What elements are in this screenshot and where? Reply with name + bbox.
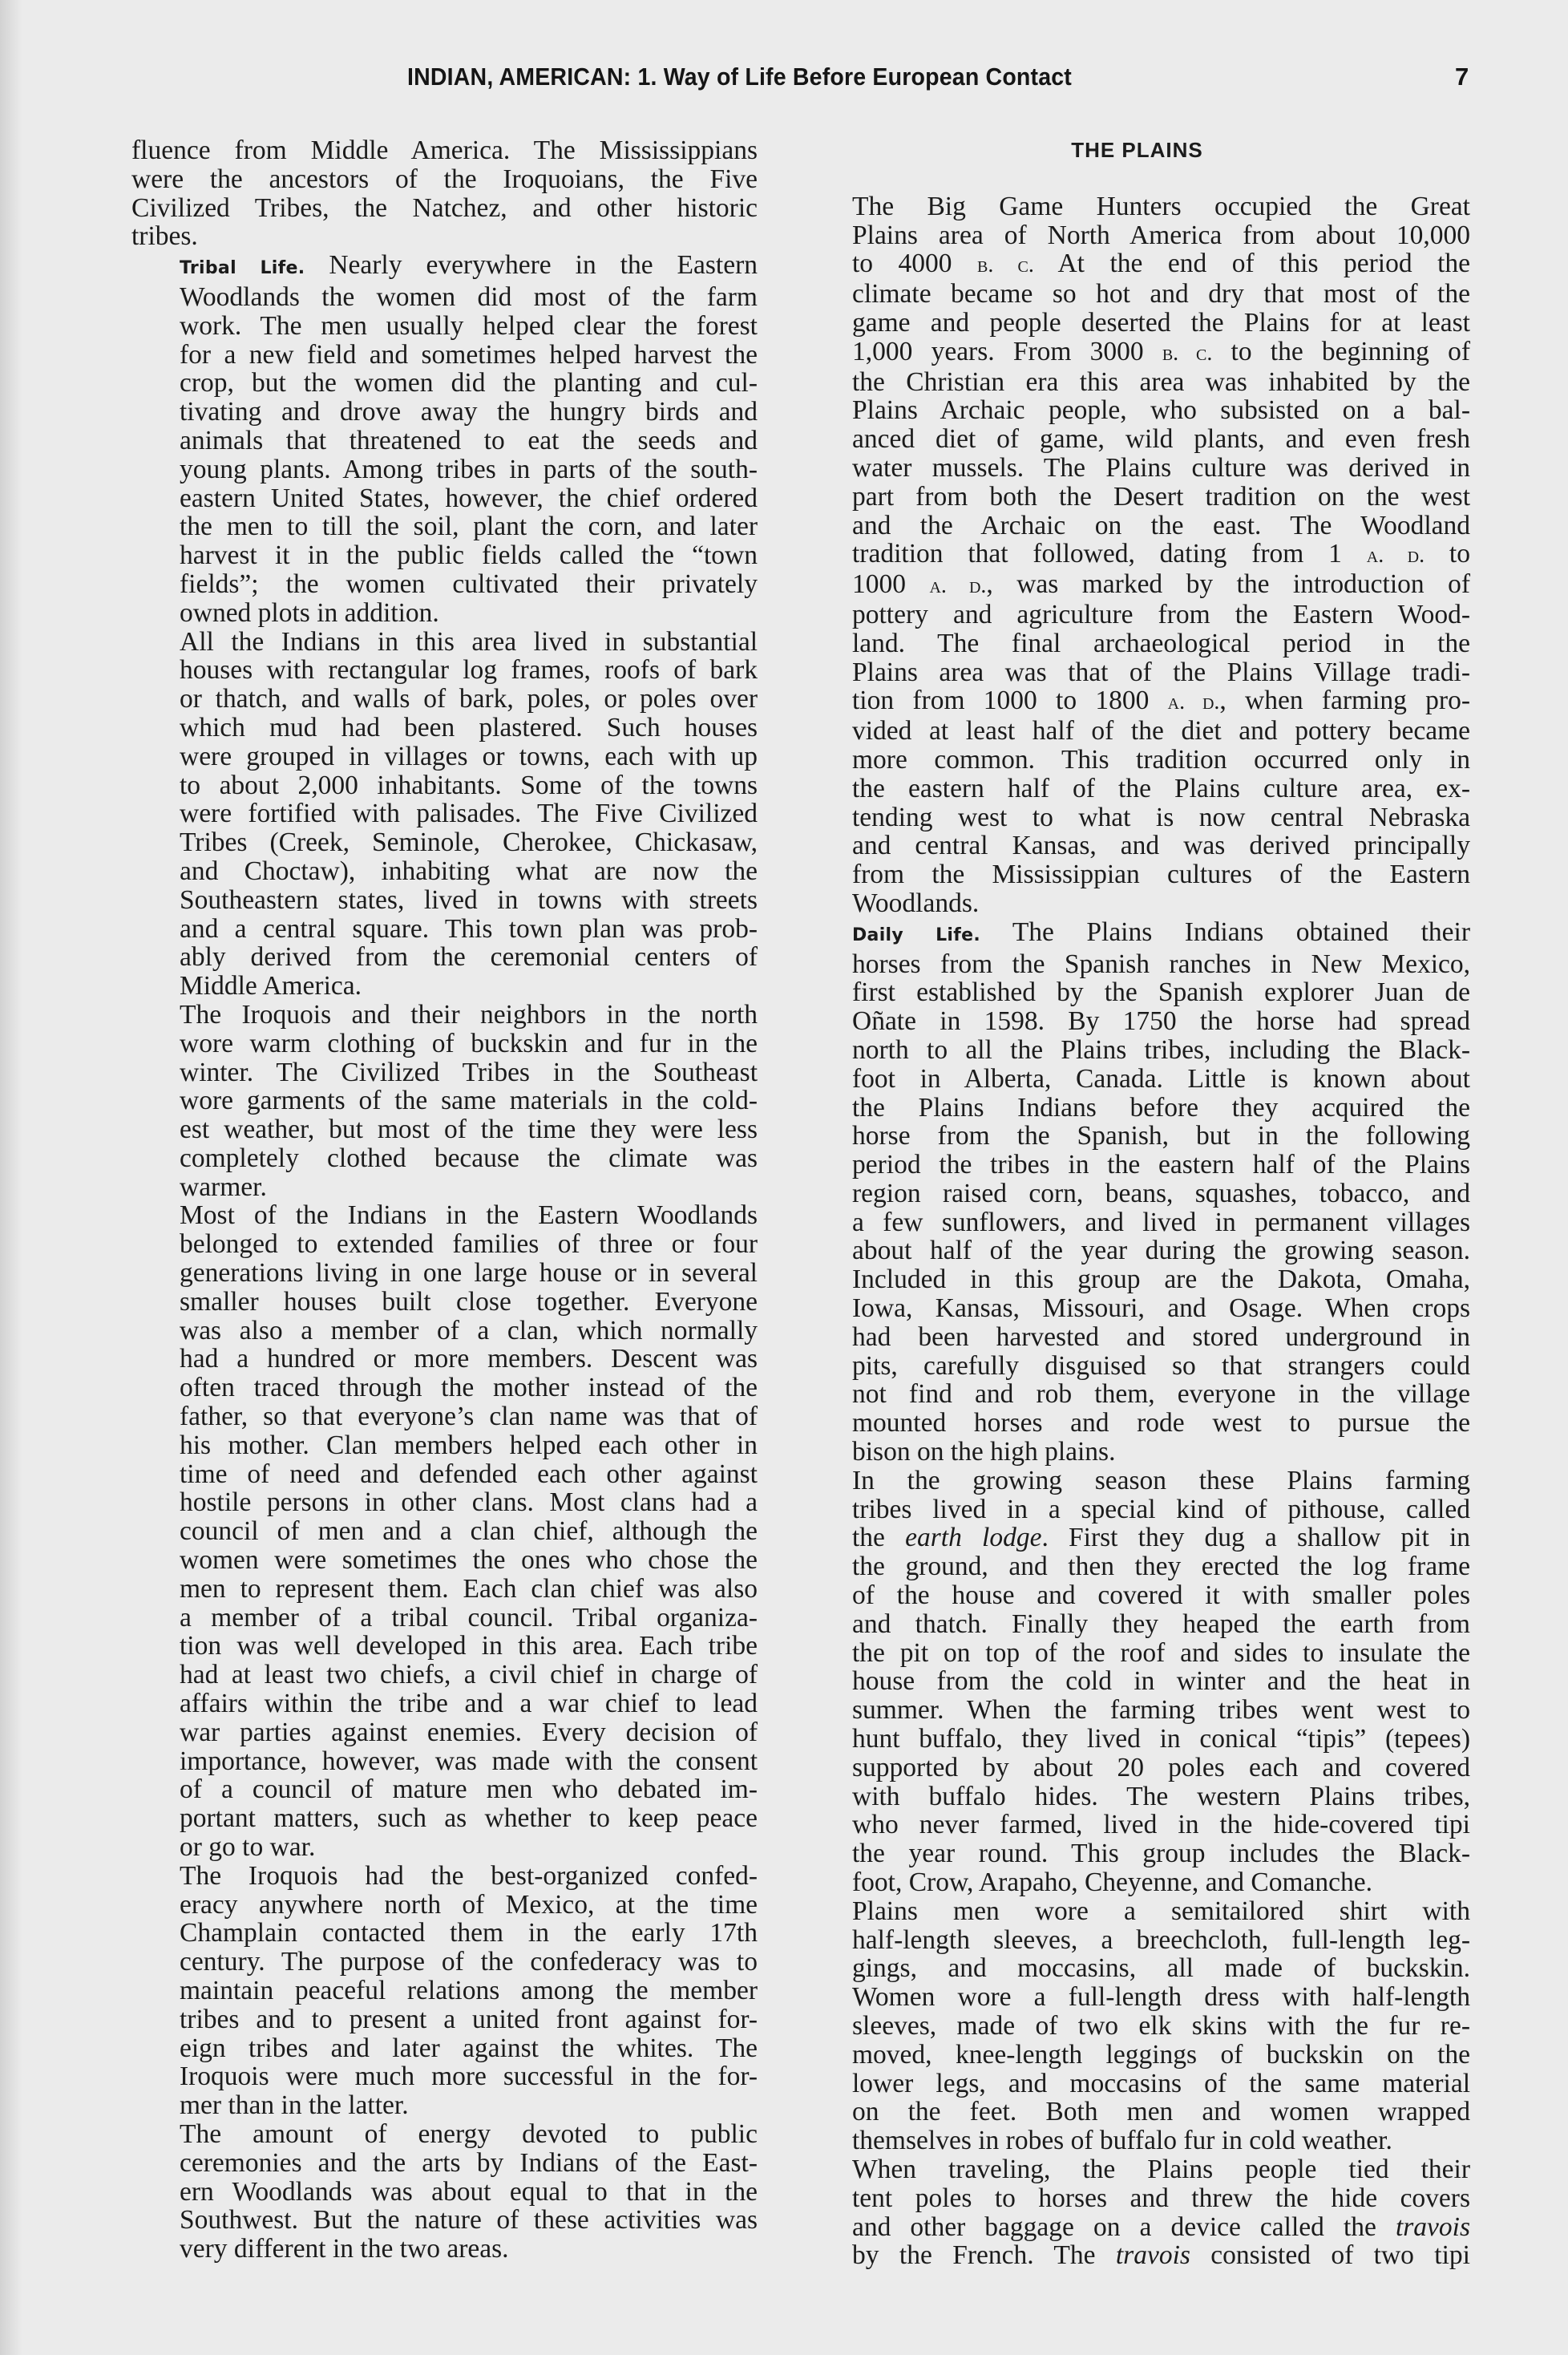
text-line: wore warm clothing of buckskin and fur i… (131, 1030, 758, 1058)
text-line: and other baggage on a device called the… (804, 2213, 1470, 2242)
paragraph: Most of the Indians in the Eastern Woodl… (131, 1201, 758, 1861)
text-line: owned plots in addition. (131, 599, 758, 628)
text-line: affairs within the tribe and a war chief… (131, 1689, 758, 1718)
paragraph: All the Indians in this area lived in su… (131, 628, 758, 1001)
text-line: wore garments of the same materials in t… (131, 1086, 758, 1115)
text-line: 1,000 years. From 3000 b. c. to the begi… (804, 338, 1470, 368)
text-line: the year round. This group includes the … (804, 1839, 1470, 1868)
text-line: lower legs, and moccasins of the same ma… (804, 2070, 1470, 2098)
text-line: was also a member of a clan, which norma… (131, 1317, 758, 1345)
text-line: first established by the Spanish explore… (804, 978, 1470, 1007)
running-title: INDIAN, AMERICAN: 1. Way of Life Before … (407, 63, 1072, 91)
text-line: horse from the Spanish, but in the follo… (804, 1122, 1470, 1151)
text-line: not find and rob them, everyone in the v… (804, 1380, 1470, 1409)
text-line: tradition that followed, dating from 1 a… (804, 540, 1470, 570)
text-line: horses from the Spanish ranches in New M… (804, 950, 1470, 979)
text-line: est weather, but most of the time they w… (131, 1115, 758, 1144)
text-line: Middle America. (131, 972, 758, 1001)
run-in-heading: Daily Life. (852, 925, 980, 945)
italic-term: earth lodge (905, 1523, 1041, 1552)
text-line: Daily Life. The Plains Indians obtained … (804, 918, 1470, 950)
text-line: ern Woodlands was about equal to that in… (131, 2178, 758, 2207)
era-abbreviation: a. d. (1367, 543, 1425, 568)
right-column: THE PLAINS The Big Game Hunters occupied… (804, 136, 1470, 2270)
text-line: importance, however, was made with the c… (131, 1747, 758, 1776)
text-line: Plains Archaic people, who subsisted on … (804, 396, 1470, 425)
left-column: fluence from Middle America. The Mississ… (131, 136, 758, 2264)
text-line: houses with rectangular log frames, roof… (131, 656, 758, 685)
text-line: Oñate in 1598. By 1750 the horse had spr… (804, 1007, 1470, 1036)
text-line: 1000 a. d., was marked by the introducti… (804, 570, 1470, 601)
text-line: were grouped in villages or towns, each … (131, 743, 758, 771)
text-line: Southeastern states, lived in towns with… (131, 886, 758, 915)
text-line: generations living in one large house or… (131, 1259, 758, 1288)
text-line: to about 2,000 inhabitants. Some of the … (131, 771, 758, 800)
text-line: north to all the Plains tribes, includin… (804, 1036, 1470, 1065)
text-line: hunt buffalo, they lived in conical “tip… (804, 1725, 1470, 1754)
text-line: fields”; the women cultivated their priv… (131, 570, 758, 599)
text-line: animals that threatened to eat the seeds… (131, 427, 758, 455)
text-line: Iowa, Kansas, Missouri, and Osage. When … (804, 1294, 1470, 1323)
text-line: fluence from Middle America. The Mississ… (131, 136, 758, 165)
text-line: a member of a tribal council. Tribal org… (131, 1604, 758, 1633)
text-line: and a central square. This town plan was… (131, 915, 758, 944)
text-line: Women wore a full-length dress with half… (804, 1983, 1470, 2012)
text-line: of a council of mature men who debated i… (131, 1775, 758, 1804)
section-heading-the-plains: THE PLAINS (804, 136, 1470, 165)
era-abbreviation: a. d. (1168, 690, 1220, 714)
italic-term: travois (1396, 2212, 1470, 2242)
text-line: very different in the two areas. (131, 2235, 758, 2264)
text-line: eracy anywhere north of Mexico, at the t… (131, 1891, 758, 1920)
era-abbreviation: b. c. (1162, 341, 1213, 366)
paragraph: The Iroquois and their neighbors in the … (131, 1001, 758, 1202)
text-line: moved, knee-length leggings of buckskin … (804, 2041, 1470, 2070)
text-line: vided at least half of the diet and pott… (804, 717, 1470, 746)
text-line: foot in Alberta, Canada. Little is known… (804, 1065, 1470, 1094)
text-line: women were sometimes the ones who chose … (131, 1546, 758, 1575)
text-line: the Plains Indians before they acquired … (804, 1094, 1470, 1123)
text-line: tent poles to horses and threw the hide … (804, 2184, 1470, 2213)
paragraph: The Iroquois had the best-organized conf… (131, 1862, 758, 2120)
text-line: time of need and defended each other aga… (131, 1460, 758, 1489)
run-in-heading: Tribal Life. (180, 258, 305, 278)
text-line: Plains men wore a semitailored shirt wit… (804, 1897, 1470, 1926)
paragraph: Plains men wore a semitailored shirt wit… (804, 1897, 1470, 2155)
text-line: the men to till the soil, plant the corn… (131, 512, 758, 541)
text-line: father, so that everyone’s clan name was… (131, 1402, 758, 1431)
text-line: portant matters, such as whether to keep… (131, 1804, 758, 1833)
text-line: war parties against enemies. Every decis… (131, 1718, 758, 1747)
text-line: In the growing season these Plains farmi… (804, 1467, 1470, 1495)
text-line: had at least two chiefs, a civil chief i… (131, 1661, 758, 1689)
paragraph: In the growing season these Plains farmi… (804, 1467, 1470, 1897)
text-line: ably derived from the ceremonial centers… (131, 943, 758, 972)
text-line: mer than in the latter. (131, 2091, 758, 2120)
text-line: work. The men usually helped clear the f… (131, 312, 758, 341)
text-line: tribes lived in a special kind of pithou… (804, 1495, 1470, 1524)
text-line: a few sunflowers, and lived in permanent… (804, 1208, 1470, 1237)
text-line: When traveling, the Plains people tied t… (804, 2155, 1470, 2184)
page-number: 7 (1455, 63, 1469, 91)
text-line: house from the cold in winter and the he… (804, 1667, 1470, 1696)
text-line: of the house and covered it with smaller… (804, 1581, 1470, 1610)
text-line: Southwest. But the nature of these activ… (131, 2206, 758, 2235)
text-line: were the ancestors of the Iroquoians, th… (131, 165, 758, 194)
text-line: pottery and agriculture from the Eastern… (804, 601, 1470, 629)
paragraph: When traveling, the Plains people tied t… (804, 2155, 1470, 2270)
text-line: mounted horses and rode west to pursue t… (804, 1409, 1470, 1438)
italic-term: travois (1116, 2240, 1190, 2270)
text-line: crop, but the women did the planting and… (131, 369, 758, 398)
text-line: harvest it in the public fields called t… (131, 541, 758, 570)
text-line: which mud had been plastered. Such house… (131, 714, 758, 743)
text-line: The Iroquois had the best-organized conf… (131, 1862, 758, 1891)
text-line: Civilized Tribes, the Natchez, and other… (131, 194, 758, 223)
text-line: tribes and to present a united front aga… (131, 2005, 758, 2034)
text-line: region raised corn, beans, squashes, tob… (804, 1180, 1470, 1208)
text-line: Tribal Life. Nearly everywhere in the Ea… (131, 251, 758, 283)
text-line: maintain peaceful relations among the me… (131, 1977, 758, 2005)
text-line: the eastern half of the Plains culture a… (804, 775, 1470, 803)
text-line: half-length sleeves, a breechcloth, full… (804, 1926, 1470, 1955)
text-line: to 4000 b. c. At the end of this period … (804, 249, 1470, 280)
text-line: climate became so hot and dry that most … (804, 280, 1470, 309)
text-line: Iroquois were much more successful in th… (131, 2062, 758, 2091)
text-line: the earth lodge. First they dug a shallo… (804, 1523, 1470, 1552)
text-line: sleeves, made of two elk skins with the … (804, 2012, 1470, 2041)
text-line: eign tribes and later against the whites… (131, 2034, 758, 2063)
paragraph: Daily Life. The Plains Indians obtained … (804, 918, 1470, 1467)
text-line: young plants. Among tribes in parts of t… (131, 455, 758, 484)
text-line: were fortified with palisades. The Five … (131, 799, 758, 828)
text-line: smaller houses built close together. Eve… (131, 1288, 758, 1317)
text-line: or go to war. (131, 1833, 758, 1862)
text-line: game and people deserted the Plains for … (804, 309, 1470, 338)
text-line: tion from 1000 to 1800 a. d., when farmi… (804, 686, 1470, 717)
text-line: the ground, and then they erected the lo… (804, 1552, 1470, 1581)
text-line: tion was well developed in this area. Ea… (131, 1632, 758, 1661)
paragraph: The amount of energy devoted to publicce… (131, 2120, 758, 2264)
text-line: winter. The Civilized Tribes in the Sout… (131, 1058, 758, 1087)
paragraph: Tribal Life. Nearly everywhere in the Ea… (131, 251, 758, 627)
text-line: had a hundred or more members. Descent w… (131, 1345, 758, 1374)
text-line: who never farmed, lived in the hide-cove… (804, 1811, 1470, 1839)
text-line: and thatch. Finally they heaped the eart… (804, 1610, 1470, 1639)
text-line: and Choctaw), inhabiting what are now th… (131, 857, 758, 886)
paragraph: The Big Game Hunters occupied the GreatP… (804, 192, 1470, 918)
text-line: and central Kansas, and was derived prin… (804, 832, 1470, 860)
text-line: warmer. (131, 1173, 758, 1202)
text-line: The Big Game Hunters occupied the Great (804, 192, 1470, 221)
text-line: from the Mississippian cultures of the E… (804, 860, 1470, 889)
text-line: tending west to what is now central Nebr… (804, 803, 1470, 832)
text-line: The amount of energy devoted to public (131, 2120, 758, 2149)
text-line: tribes. (131, 222, 758, 251)
text-line: Woodlands. (804, 889, 1470, 918)
text-line: ceremonies and the arts by Indians of th… (131, 2149, 758, 2178)
text-line: summer. When the farming tribes went wes… (804, 1696, 1470, 1725)
text-line: about half of the year during the growin… (804, 1236, 1470, 1265)
text-line: for a new field and sometimes helped har… (131, 341, 758, 370)
era-abbreviation: b. c. (977, 253, 1034, 277)
text-line: foot, Crow, Arapaho, Cheyenne, and Coman… (804, 1868, 1470, 1897)
era-abbreviation: a. d. (929, 573, 986, 598)
text-line: on the feet. Both men and women wrapped (804, 2098, 1470, 2126)
text-line: part from both the Desert tradition on t… (804, 483, 1470, 512)
text-line: eastern United States, however, the chie… (131, 484, 758, 513)
text-line: Plains area was that of the Plains Villa… (804, 658, 1470, 687)
text-line: supported by about 20 poles each and cov… (804, 1754, 1470, 1782)
text-line: hostile persons in other clans. Most cla… (131, 1488, 758, 1517)
text-line: the Christian era this area was inhabite… (804, 368, 1470, 397)
text-line: completely clothed because the climate w… (131, 1144, 758, 1173)
text-line: anced diet of game, wild plants, and eve… (804, 425, 1470, 454)
text-line: council of men and a clan chief, althoug… (131, 1517, 758, 1546)
text-line: belonged to extended families of three o… (131, 1230, 758, 1259)
text-line: often traced through the mother instead … (131, 1374, 758, 1402)
text-line: water mussels. The Plains culture was de… (804, 454, 1470, 483)
text-line: had been harvested and stored undergroun… (804, 1323, 1470, 1352)
text-line: more common. This tradition occurred onl… (804, 746, 1470, 775)
text-line: pits, carefully disguised so that strang… (804, 1352, 1470, 1381)
text-line: or thatch, and walls of bark, poles, or … (131, 685, 758, 714)
text-line: Woodlands the women did most of the farm (131, 283, 758, 312)
text-line: and the Archaic on the east. The Woodlan… (804, 512, 1470, 540)
text-line: century. The purpose of the confederacy … (131, 1948, 758, 1977)
text-line: tivating and drove away the hungry birds… (131, 398, 758, 427)
text-line: Champlain contacted them in the early 17… (131, 1919, 758, 1948)
text-line: men to represent them. Each clan chief w… (131, 1575, 758, 1604)
text-line: Plains area of North America from about … (804, 221, 1470, 250)
text-line: bison on the high plains. (804, 1438, 1470, 1467)
text-line: with buffalo hides. The western Plains t… (804, 1782, 1470, 1811)
text-line: period the tribes in the eastern half of… (804, 1151, 1470, 1180)
text-line: his mother. Clan members helped each oth… (131, 1431, 758, 1460)
text-line: All the Indians in this area lived in su… (131, 628, 758, 657)
paragraph: fluence from Middle America. The Mississ… (131, 136, 758, 251)
text-line: gings, and moccasins, all made of bucksk… (804, 1954, 1470, 1983)
page-edge-shadow (0, 0, 22, 2355)
text-line: by the French. The travois consisted of … (804, 2241, 1470, 2270)
text-line: the pit on top of the roof and sides to … (804, 1639, 1470, 1668)
text-line: Tribes (Creek, Seminole, Cherokee, Chick… (131, 828, 758, 857)
text-line: Included in this group are the Dakota, O… (804, 1265, 1470, 1294)
text-line: themselves in robes of buffalo fur in co… (804, 2126, 1470, 2155)
text-line: Most of the Indians in the Eastern Woodl… (131, 1201, 758, 1230)
text-line: The Iroquois and their neighbors in the … (131, 1001, 758, 1030)
text-line: land. The final archaeological period in… (804, 629, 1470, 658)
